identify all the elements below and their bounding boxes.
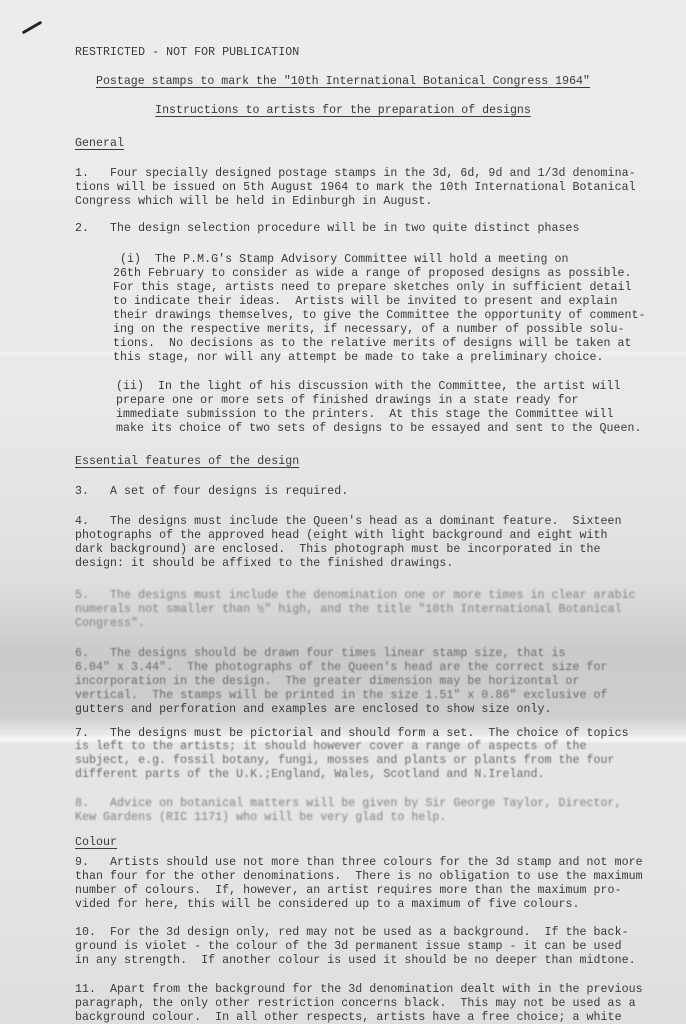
paragraph-4-line: dark background) are enclosed. This phot…	[75, 543, 601, 557]
paragraph-10-line: 10. For the 3d design only, red may not …	[75, 926, 629, 940]
pen-mark	[22, 21, 43, 35]
paragraph-7-line: is left to the artists; it should howeve…	[75, 740, 587, 754]
heading-essential-features: Essential features of the design	[75, 455, 299, 469]
paragraph-7-line: different parts of the U.K.;England, Wal…	[75, 768, 545, 782]
paragraph-4-line: 4. The designs must include the Queen's …	[75, 515, 622, 529]
paragraph-2i-line: tions. No decisions as to the relative m…	[113, 337, 632, 351]
classification-label: RESTRICTED - NOT FOR PUBLICATION	[75, 46, 299, 60]
paragraph-2ii-line: prepare one or more sets of finished dra…	[116, 394, 579, 408]
paragraph-11-line: paragraph, the only other restriction co…	[75, 997, 636, 1011]
paragraph-2i-line: For this stage, artists need to prepare …	[113, 281, 632, 295]
paragraph-2i-line: to indicate their ideas. Artists will be…	[113, 295, 618, 309]
paragraph-6-line: incorporation in the design. The greater…	[75, 675, 580, 689]
paragraph-2i-line: (i) The P.M.G's Stamp Advisory Committee…	[120, 253, 568, 267]
paragraph-8-line: Kew Gardens (RIC 1171) who will be very …	[75, 811, 446, 825]
paragraph-9-line: 9. Artists should use not more than thre…	[75, 856, 643, 870]
document-page: RESTRICTED - NOT FOR PUBLICATION Postage…	[0, 0, 686, 1024]
paragraph-6-line: vertical. The stamps will be printed in …	[75, 689, 608, 703]
paragraph-2ii-line: (ii) In the light of his discussion with…	[116, 380, 621, 394]
paragraph-2i-line: 26th February to consider as wide a rang…	[113, 267, 632, 281]
paragraph-10-line: in any strength. If another colour is us…	[75, 954, 636, 968]
paragraph-2i-line: this stage, nor will any attempt be made…	[113, 351, 604, 365]
paragraph-2: 2. The design selection procedure will b…	[75, 222, 580, 236]
paragraph-4-line: photographs of the approved head (eight …	[75, 529, 608, 543]
paragraph-6-line: gutters and perforation and examples are…	[75, 703, 552, 717]
document-title: Postage stamps to mark the "10th Interna…	[0, 75, 686, 88]
paragraph-8-line: 8. Advice on botanical matters will be g…	[75, 797, 622, 811]
paragraph-9-line: than four for the other denominations. T…	[75, 870, 643, 884]
paragraph-1-line: tions will be issued on 5th August 1964 …	[75, 181, 636, 195]
paragraph-3: 3. A set of four designs is required.	[75, 485, 348, 499]
paragraph-6-line: 6. The designs should be drawn four time…	[75, 647, 566, 661]
paragraph-1-line: 1. Four specially designed postage stamp…	[75, 167, 636, 181]
heading-general: General	[75, 137, 124, 151]
paragraph-7-line: subject, e.g. fossil botany, fungi, moss…	[75, 754, 615, 768]
paragraph-2i-line: ing on the respective merits, if necessa…	[113, 323, 625, 337]
heading-colour: Colour	[75, 836, 117, 850]
paragraph-6-line: 6.04" x 3.44". The photographs of the Qu…	[75, 661, 608, 675]
paragraph-1-line: Congress which will be held in Edinburgh…	[75, 195, 432, 209]
paragraph-11-line: 11. Apart from the background for the 3d…	[75, 983, 643, 997]
paragraph-10-line: ground is violet - the colour of the 3d …	[75, 940, 622, 954]
paragraph-11-line: background colour. In all other respects…	[75, 1011, 622, 1024]
paragraph-5-line: Congress".	[75, 617, 145, 631]
document-subtitle: Instructions to artists for the preparat…	[0, 104, 686, 117]
paragraph-2ii-line: make its choice of two sets of designs t…	[116, 422, 642, 436]
paragraph-2i-line: their drawings themselves, to give the C…	[113, 309, 646, 323]
paragraph-4-line: design: it should be affixed to the fini…	[75, 557, 453, 571]
paragraph-9-line: number of colours. If, however, an artis…	[75, 884, 622, 898]
paragraph-9-line: vided for here, this will be considered …	[75, 898, 580, 912]
paragraph-2ii-line: immediate submission to the printers. At…	[116, 408, 614, 422]
paragraph-5-line: 5. The designs must include the denomina…	[75, 589, 636, 603]
paragraph-7-line: 7. The designs must be pictorial and sho…	[75, 727, 629, 741]
paragraph-5-line: numerals not smaller than ½" high, and t…	[75, 603, 622, 617]
